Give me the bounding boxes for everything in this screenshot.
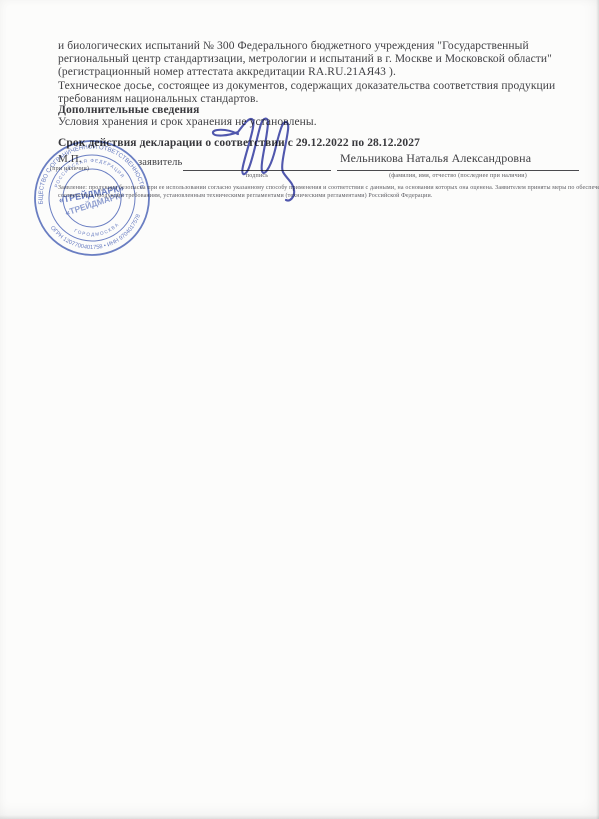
declarant-name: Мельникова Наталья Александровна [340, 152, 580, 165]
company-stamp: ОБЩЕСТВО С ОГРАНИЧЕННОЙ ОТВЕТСТВЕННОСТЬЮ… [20, 126, 165, 271]
body-line: региональный центр стандартизации, метро… [58, 53, 586, 66]
name-caption: (фамилия, имя, отчество (последнее при н… [337, 173, 579, 179]
body-line: (регистрационный номер аттестата аккреди… [58, 66, 586, 79]
body-line: и биологических испытаний № 300 Федераль… [58, 40, 586, 53]
document-page: и биологических испытаний № 300 Федераль… [0, 0, 599, 819]
handwritten-signature [186, 114, 326, 206]
name-line [337, 170, 579, 171]
signature-stroke [213, 119, 294, 201]
body-line: Техническое досье, состоящее из документ… [58, 80, 586, 93]
